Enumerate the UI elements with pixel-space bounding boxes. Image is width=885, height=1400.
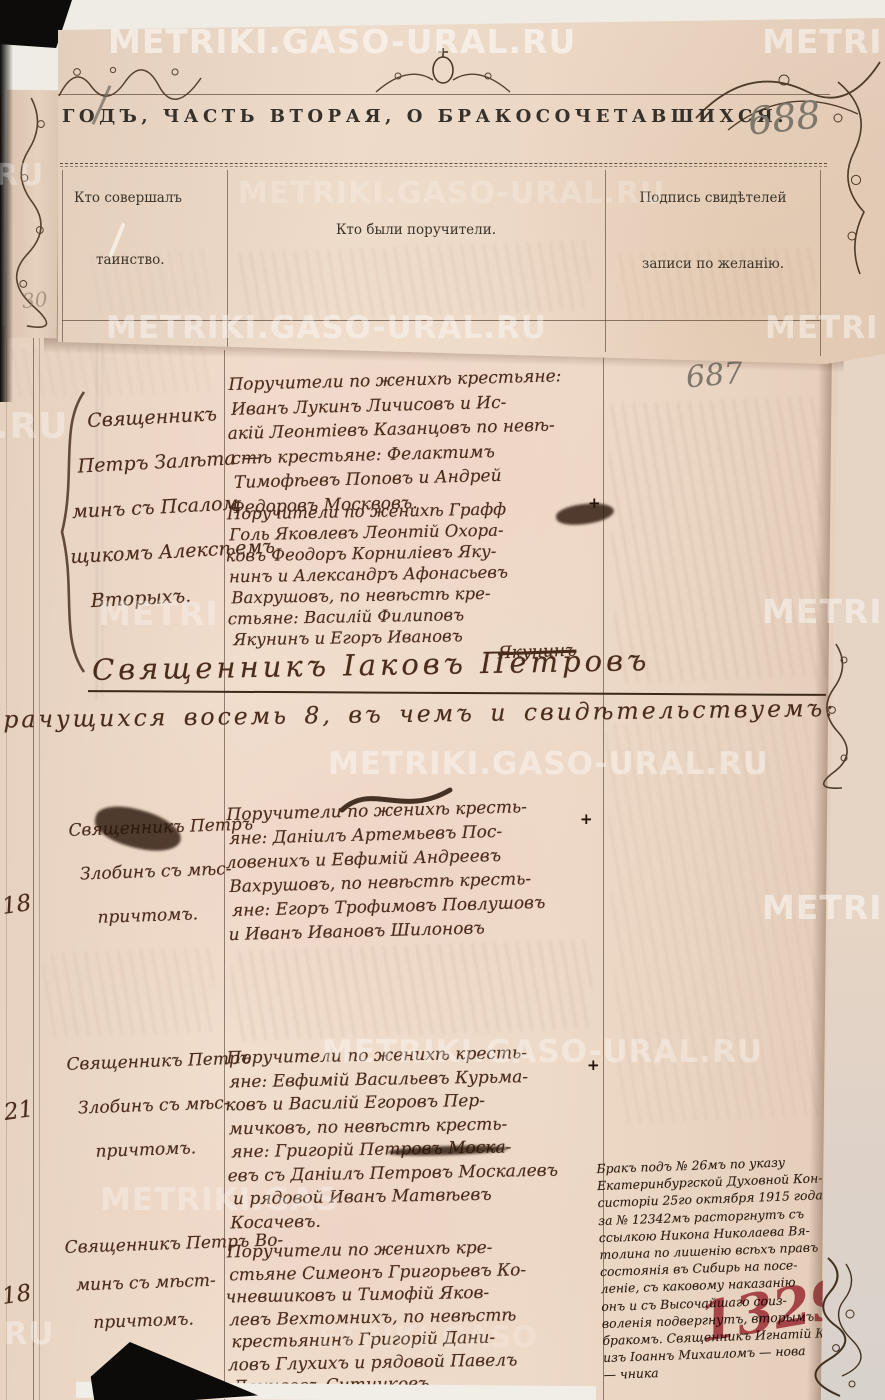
handwritten-line: Священникъ Петръ Во- [64,1223,230,1267]
handwritten-line: Вторыхъ. [90,572,234,624]
entry-2-guarantors-text: Поручители по женихѣ кресть-яне: Даніилъ… [226,793,618,947]
table-border [62,170,63,352]
table-border [605,170,606,352]
handwritten-line: причтомъ. [93,1299,233,1342]
entry-2-margin-number: 18 [0,890,33,920]
column-header-signatures-line1: Подпись свидѣтелей [608,190,818,206]
entry-4-guarantors-text: Поручители по женихѣ кре-стьяне Симеонъ … [227,1235,622,1399]
handwritten-line: Священникъ Петръ [66,1037,227,1087]
handwritten-line: Петръ Залѣта — [77,437,227,490]
column-rule [33,332,34,1400]
pencil-page-number-688: 688 [746,92,823,143]
table-border [820,170,821,356]
document-photo: 687 СвященникъПетръ Залѣта —минъ съ Псал… [0,0,885,1400]
page-title: ГОДЪ, ЧАСТЬ ВТОРАЯ, О БРАКОСОЧЕТАВШИХСЯ. [62,106,762,127]
entry-3-guarantors-text: Поручители по женихѣ кресть-яне: Евфимій… [226,1041,617,1236]
header-top-rule [55,163,827,164]
entry-1-officiant-text: СвященникъПетръ Залѣта —минъ съ Псаломщи… [62,392,234,625]
header-bottom-rule [62,320,820,321]
column-rule [39,332,40,1400]
bleed-through-patch [607,396,827,683]
corner-ornament-left-icon [55,56,205,102]
handwritten-line: причтомъ. [97,891,232,940]
entry-3-margin-number: 21 [2,1096,35,1126]
handwritten-line: Священникъ [86,392,224,444]
page-edge-ornament-icon [816,640,860,790]
crown-ornament-icon [368,44,518,98]
handwritten-line: минъ съ мѣст- [75,1261,231,1304]
priest-signature-line: Священникъ Іаковъ Петровъ [92,643,651,687]
entry-4-margin-number: 18 [0,1280,33,1310]
header-top-rule [55,166,827,167]
column-header-officiant-line1: Кто совершалъ [74,190,182,206]
margin-number-30: 30 [21,287,48,313]
handwritten-line: минъ съ Псалом [71,482,229,535]
handwritten-line: Злобинъ съ мѣс- [79,847,230,896]
bleed-through-patch [605,717,824,1124]
torn-edge-ornament-icon [812,1256,868,1400]
bleed-through-patch [239,240,591,322]
insertion-cross-mark: + [588,494,601,512]
bleed-through-patch [43,947,216,1038]
bleed-through-patch [89,250,211,314]
entry-4-officiant-text: Священникъ Петръ Во-минъ съ мѣст-причтом… [64,1223,233,1343]
bleed-through-patch [231,939,594,1042]
column-rule [6,330,7,1400]
entry-3-officiant-text: Священникъ ПетръЗлобинъ съ мѣс-причтомъ. [66,1037,231,1175]
bleed-through-patch [619,247,816,322]
handwritten-line: причтомъ. [95,1125,230,1174]
column-header-guarantors: Кто были поручители. [230,222,602,238]
handwritten-line: Злобинъ съ мѣс- [77,1081,228,1130]
handwritten-line: щикомъ Алексѣемъ [69,527,231,580]
book-edge-shadow [0,22,13,402]
entry-1-guarantors-text: Поручители по женихѣ крестьяне:Иванъ Лук… [228,363,612,520]
table-border [227,170,228,352]
